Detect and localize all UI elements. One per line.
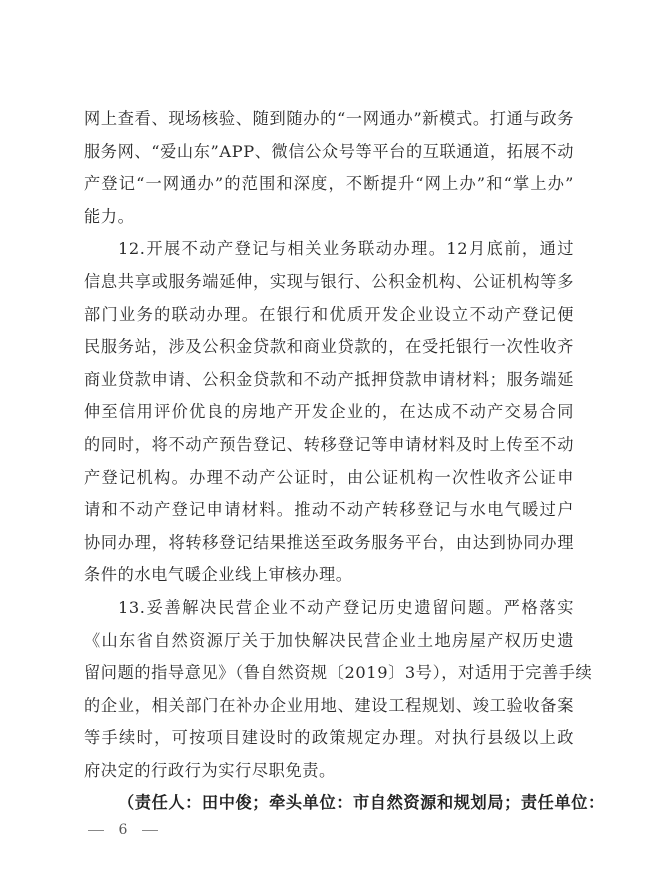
page-footer: 6	[88, 822, 158, 838]
document-page: 网上查看、现场核验、随到随办的“一网通办”新模式。打通与政务 服务网、“爱山东”…	[84, 103, 574, 820]
text-line: 协同办理，将转移登记结果推送至政务服务平台，由达到协同办理	[84, 527, 574, 560]
text-line: 伸至信用评价优良的房地产开发企业的，在达成不动产交易合同	[84, 396, 574, 429]
text-line: 的同时，将不动产预告登记、转移登记等申请材料及时上传至不动	[84, 429, 574, 462]
text-line: 民服务站，涉及公积金贷款和商业贷款的，在受托银行一次性收齐	[84, 331, 574, 364]
text-line: 商业贷款申请、公积金贷款和不动产抵押贷款申请材料；服务端延	[84, 364, 574, 397]
text-line: 产登记“一网通办”的范围和深度，不断提升“网上办”和“掌上办”	[84, 168, 574, 201]
text-line: 服务网、“爱山东”APP、微信公众号等平台的互联通道，拓展不动	[84, 136, 574, 169]
footer-dash-left	[88, 830, 104, 831]
section-13-heading-line: 13.妥善解决民营企业不动产登记历史遗留问题。严格落实	[84, 592, 574, 625]
text-line: 条件的水电气暖企业线上审核办理。	[84, 559, 574, 592]
footer-dash-right	[142, 830, 158, 831]
text-line: 能力。	[84, 201, 574, 234]
text-line: 网上查看、现场核验、随到随办的“一网通办”新模式。打通与政务	[84, 103, 574, 136]
text-line: 部门业务的联动办理。在银行和优质开发企业设立不动产登记便	[84, 299, 574, 332]
text-line: 请和不动产登记申请材料。推动不动产转移登记与水电气暖过户	[84, 494, 574, 527]
text-line: 留问题的指导意见》（鲁自然资规〔2019〕3号），对适用于完善手续	[84, 657, 574, 690]
text-line: 产登记机构。办理不动产公证时，由公证机构一次性收齐公证申	[84, 462, 574, 495]
text-line: 《山东省自然资源厅关于加快解决民营企业土地房屋产权历史遗	[84, 625, 574, 658]
text-line: 信息共享或服务端延伸，实现与银行、公积金机构、公证机构等多	[84, 266, 574, 299]
page-number: 6	[118, 822, 127, 838]
text-line: 府决定的行政行为实行尽职免责。	[84, 755, 574, 788]
responsibility-line: （责任人：田中俊；牵头单位：市自然资源和规划局；责任单位：	[84, 787, 574, 820]
section-12-heading-line: 12.开展不动产登记与相关业务联动办理。12月底前，通过	[84, 233, 574, 266]
text-line: 的企业，相关部门在补办企业用地、建设工程规划、竣工验收备案	[84, 690, 574, 723]
text-line: 等手续时，可按项目建设时的政策规定办理。对执行县级以上政	[84, 722, 574, 755]
